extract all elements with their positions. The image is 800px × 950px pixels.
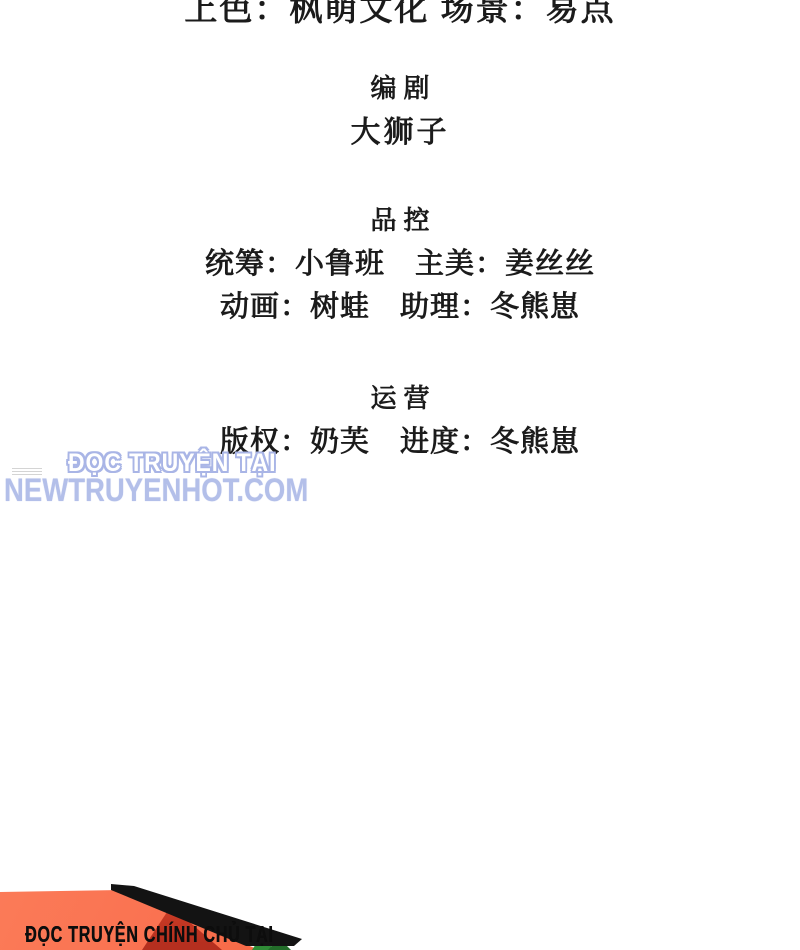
quality-control-heading: 品控	[0, 200, 800, 237]
quality-control-line-1: 统筹：小鲁班 主美：姜丝丝	[0, 241, 800, 282]
top-clipped-credit-line: 上色：枫萌文化 场景：易点	[0, 0, 800, 30]
watermark-line-2: NEWTRUYENHOT.COM	[4, 472, 308, 509]
faint-scribble-artifact	[12, 468, 42, 475]
footer-promo-text: ĐỌC TRUYỆN CHÍNH CHỦ TẠI	[25, 921, 273, 948]
quality-control-line-2: 动画：树蛙 助理：冬熊崽	[0, 284, 800, 325]
comic-page: 上色：枫萌文化 场景：易点 编剧 大狮子 品控 统筹：小鲁班 主美：姜丝丝 动画…	[0, 0, 800, 950]
footer-promo-banner: ĐỌC TRUYỆN CHÍNH CHỦ TẠI	[0, 880, 330, 950]
writer-name: 大狮子	[0, 107, 800, 151]
operations-heading: 运营	[0, 378, 800, 415]
writer-section-heading: 编剧	[0, 68, 800, 105]
